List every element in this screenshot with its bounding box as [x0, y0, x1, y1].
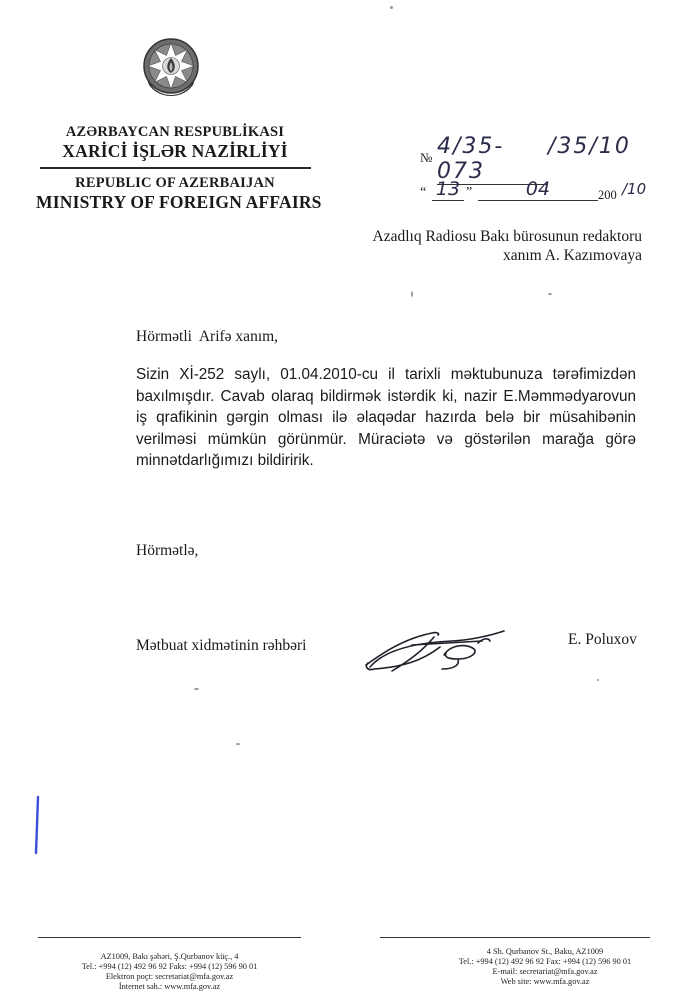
date-year-handwritten: /10 [622, 180, 646, 198]
letterhead-en-ministry: MINISTRY OF FOREIGN AFFAIRS [36, 192, 314, 213]
date-close-quote: ” [466, 185, 472, 201]
footer-divider-left [38, 937, 301, 938]
addressee-organization: Azadlıq Radiosu Bakı bürosunun redaktoru [373, 228, 642, 246]
letterhead-divider [40, 167, 311, 169]
scan-speck [194, 688, 199, 690]
reference-number-handwritten-suffix: /35/10 [548, 134, 631, 159]
scan-speck [390, 6, 393, 9]
letter-body: Sizin Xİ-252 saylı, 01.04.2010-cu il tar… [136, 364, 636, 472]
closing: Hörmətlə, [136, 542, 198, 560]
date-year-prefix: 200 [598, 188, 617, 203]
signature-icon [362, 625, 507, 675]
footer-en-website: Web site: www.mfa.gov.az [420, 977, 670, 987]
footer-az-website: İnternet səh.: www.mfa.gov.az [38, 982, 301, 992]
footer-en-email: E-mail: secretariat@mfa.gov.az [420, 967, 670, 977]
letterhead-az-country: AZƏRBAYCAN RESPUBLİKASI [40, 124, 310, 141]
date-day-handwritten: 13 [432, 178, 464, 201]
date-month-handwritten: 04 [478, 178, 598, 201]
scan-speck [597, 679, 599, 681]
footer-en-address: 4 Sh. Qurbanov St., Baku, AZ1009 [420, 947, 670, 957]
footer-az-email: Elektron poçt: secretariat@mfa.gov.az [38, 972, 301, 982]
state-emblem-icon [139, 37, 203, 97]
footer-contact-en: 4 Sh. Qurbanov St., Baku, AZ1009 Tel.: +… [420, 947, 670, 987]
salutation: Hörmətli Arifə xanım, [136, 328, 278, 346]
signer-name: E. Poluxov [568, 631, 637, 649]
footer-az-phone: Tel.: +994 (12) 492 96 92 Faks: +994 (12… [38, 962, 301, 972]
scan-speck [411, 291, 413, 297]
signer-title: Mətbuat xidmətinin rəhbəri [136, 637, 306, 655]
footer-divider-right [380, 937, 650, 938]
footer-en-phone: Tel.: +994 (12) 492 96 92 Fax: +994 (12)… [420, 957, 670, 967]
footer-contact-az: AZ1009, Bakı şəhəri, Ş.Qurbanov küç., 4 … [38, 952, 301, 992]
scan-speck [236, 743, 240, 745]
addressee-name: xanım A. Kazımovaya [503, 247, 642, 265]
pen-mark-icon [34, 795, 40, 855]
scan-speck [548, 293, 552, 295]
letterhead-en-country: REPUBLIC OF AZERBAIJAN [40, 175, 310, 192]
reference-number-label: № [420, 150, 432, 166]
letterhead-az-ministry: XARİCİ İŞLƏR NAZİRLİYİ [40, 141, 310, 162]
date-open-quote: “ [420, 185, 426, 201]
footer-az-address: AZ1009, Bakı şəhəri, Ş.Qurbanov küç., 4 [38, 952, 301, 962]
